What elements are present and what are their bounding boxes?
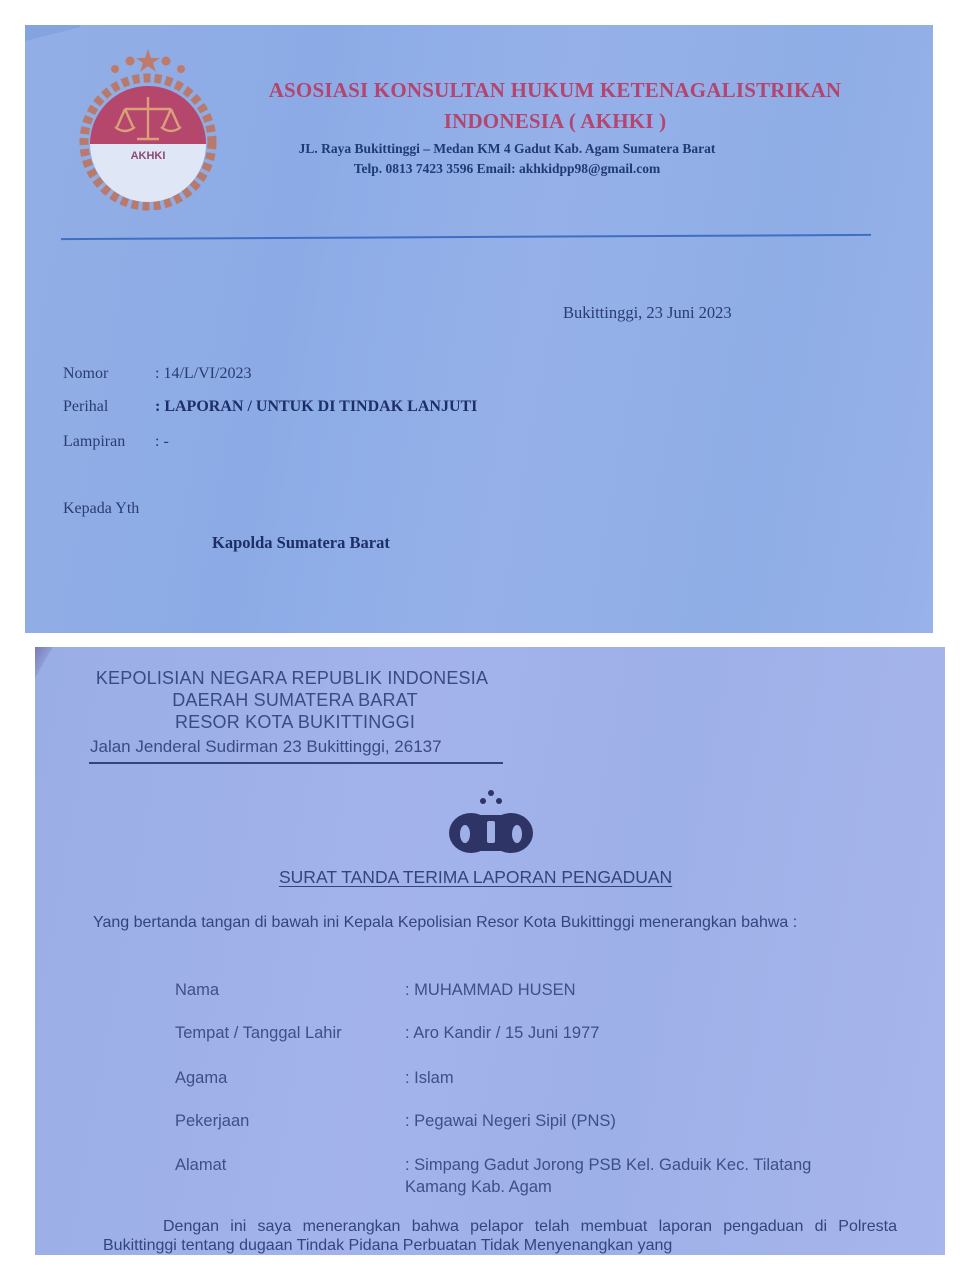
organization-name: ASOSIASI KONSULTAN HUKUM KETENAGALISTRIK…	[225, 75, 885, 137]
addressee: Kapolda Sumatera Barat	[212, 533, 390, 553]
org-street-address: JL. Raya Bukittinggi – Medan KM 4 Gadut …	[247, 139, 767, 159]
meta-row-lampiran: Lampiran: -	[63, 433, 169, 451]
organization-address: JL. Raya Bukittinggi – Medan KM 4 Gadut …	[247, 139, 767, 179]
meta-row-perihal: Perihal: LAPORAN / UNTUK DI TINDAK LANJU…	[63, 398, 477, 416]
field-alamat: Alamat: Simpang Gadut Jorong PSB Kel. Ga…	[175, 1154, 875, 1198]
paper-fold	[35, 647, 53, 707]
paper-fold	[25, 25, 80, 41]
police-header-line3: RESOR KOTA BUKITTINGGI	[85, 711, 505, 733]
svg-text:AKHKI: AKHKI	[131, 150, 166, 162]
org-contact: Telp. 0813 7423 3596 Email: akhkidpp98@g…	[247, 159, 767, 179]
letter-photo: AKHKI ASOSIASI KONSULTAN HUKUM KETENAGAL…	[25, 25, 933, 633]
field-nama: Nama: MUHAMMAD HUSEN	[175, 979, 875, 1001]
police-address: Jalan Jenderal Sudirman 23 Bukittinggi, …	[90, 737, 442, 757]
police-header-line1: KEPOLISIAN NEGARA REPUBLIK INDONESIA	[79, 667, 505, 689]
scales-of-justice-icon: AKHKI	[73, 47, 223, 212]
police-header: KEPOLISIAN NEGARA REPUBLIK INDONESIA DAE…	[85, 667, 505, 733]
intro-paragraph: Yang bertanda tangan di bawah ini Kepala…	[93, 913, 899, 932]
closing-paragraph: Dengan ini saya menerangkan bahwa pelapo…	[103, 1217, 897, 1255]
meta-row-nomor: Nomor: 14/L/VI/2023	[63, 365, 251, 383]
letterhead-divider	[61, 234, 871, 240]
org-name-line2: INDONESIA ( AKHKI )	[225, 106, 885, 137]
field-tempat-tanggal-lahir: Tempat / Tanggal Lahir: Aro Kandir / 15 …	[175, 1022, 875, 1044]
closing-text: Dengan ini saya menerangkan bahwa pelapo…	[103, 1218, 897, 1254]
field-pekerjaan: Pekerjaan: Pegawai Negeri Sipil (PNS)	[175, 1110, 875, 1132]
letter-date: Bukittinggi, 23 Juni 2023	[563, 303, 732, 323]
addressee-label: Kepada Yth	[63, 500, 139, 518]
police-header-line2: DAERAH SUMATERA BARAT	[85, 689, 505, 711]
org-name-line1: ASOSIASI KONSULTAN HUKUM KETENAGALISTRIK…	[225, 75, 885, 106]
field-agama: Agama: Islam	[175, 1067, 875, 1089]
police-receipt-photo: KEPOLISIAN NEGARA REPUBLIK INDONESIA DAE…	[35, 647, 945, 1255]
document-title: SURAT TANDA TERIMA LAPORAN PENGADUAN	[279, 867, 672, 888]
police-header-divider	[89, 762, 503, 764]
police-emblem-icon	[445, 787, 537, 857]
